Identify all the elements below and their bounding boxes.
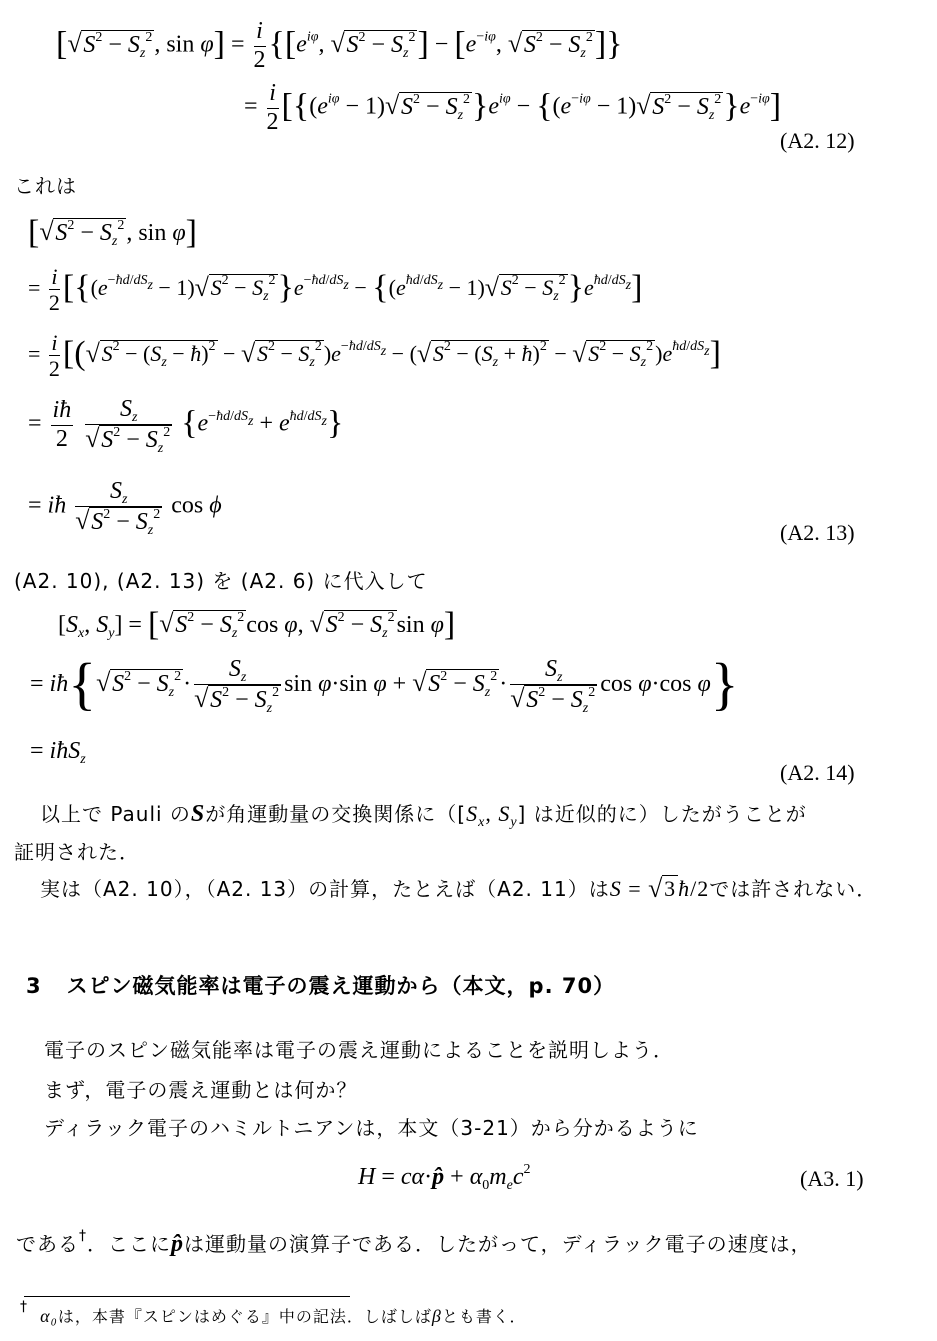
paragraph-conclusion-line1: 以上で Pauli のSが角運動量の交換関係に（[Sx, Sy] は近似的に）し… bbox=[40, 798, 807, 828]
footnote-marker[interactable]: † bbox=[79, 1228, 87, 1244]
equation-a2-14-line1: [Sx, Sy] = [S2 − Sz2cos φ, S2 − Sz2sin φ… bbox=[58, 606, 455, 644]
equation-a2-13-step4: = iħ SzS2 − Sz2 cos ϕ bbox=[28, 478, 222, 536]
equation-label-a3-1: (A3. 1) bbox=[800, 1166, 864, 1192]
equation-a2-13-step2: = i2[(S2 − (Sz − ħ)2 − S2 − Sz2)e−ħd/dSz… bbox=[28, 330, 721, 382]
section-heading: 3 スピン磁気能率は電子の震え運動から（本文，p. 70） bbox=[26, 970, 615, 1000]
equation-a2-12-line1: [S2 − Sz2, sin φ] = i2{[eiφ, S2 − Sz2] −… bbox=[56, 18, 623, 74]
equation-label-a2-13: (A2. 13) bbox=[780, 520, 855, 546]
equation-a2-14-line3: = iħSz bbox=[30, 738, 86, 765]
section-text-line3: ディラック電子のハミルトニアンは，本文（3-21）から分かるように bbox=[44, 1112, 699, 1141]
paragraph-conclusion-line2: 証明された． bbox=[14, 836, 140, 865]
footnote-divider bbox=[24, 1296, 350, 1297]
equation-a2-12-line2: = i2[{(eiφ − 1)S2 − Sz2}eiφ − {(e−iφ − 1… bbox=[244, 80, 781, 136]
paragraph-note: 実は（A2. 10），（A2. 13）の計算，たとえば（A2. 11）はS = … bbox=[40, 873, 877, 902]
section-title: スピン磁気能率は電子の震え運動から（本文，p. 70） bbox=[67, 974, 616, 998]
intro-text: これは bbox=[14, 170, 77, 199]
equation-label-a2-14: (A2. 14) bbox=[780, 760, 855, 786]
equation-a3-1: H = cα·p̂ + α0mec2 bbox=[358, 1164, 531, 1191]
substitute-text: (A2. 10), (A2. 13) を (A2. 6) に代入して bbox=[14, 565, 428, 594]
equation-a2-13-step3: = iħ2 SzS2 − Sz2 {e−ħd/dSz + eħd/dSz} bbox=[28, 396, 343, 454]
section-text-line1: 電子のスピン磁気能率は電子の震え運動によることを説明しよう． bbox=[44, 1034, 674, 1063]
section-text-after-equation: である†．ここにp̂は運動量の演算子である．したがって，ディラック電子の速度は， bbox=[16, 1228, 812, 1258]
equation-a2-13-step1: = i2[{(e−ħd/dSz − 1)S2 − Sz2}e−ħd/dSz − … bbox=[28, 264, 642, 316]
section-text-line2: まず，電子の震え運動とは何か？ bbox=[44, 1074, 357, 1103]
equation-label-a2-12: (A2. 12) bbox=[780, 128, 855, 154]
equation-a2-13-lhs: [S2 − Sz2, sin φ] bbox=[28, 214, 197, 252]
footnote: † α₀は，本書『スピンはめぐる』中の記法．しばしばβとも書く． bbox=[20, 1304, 527, 1327]
equation-a2-14-line2: = iħ{S2 − Sz2·SzS2 − Sz2sin φ·sin φ + S2… bbox=[30, 650, 739, 717]
section-number: 3 bbox=[26, 974, 42, 998]
footnote-mark: † bbox=[20, 1299, 28, 1315]
